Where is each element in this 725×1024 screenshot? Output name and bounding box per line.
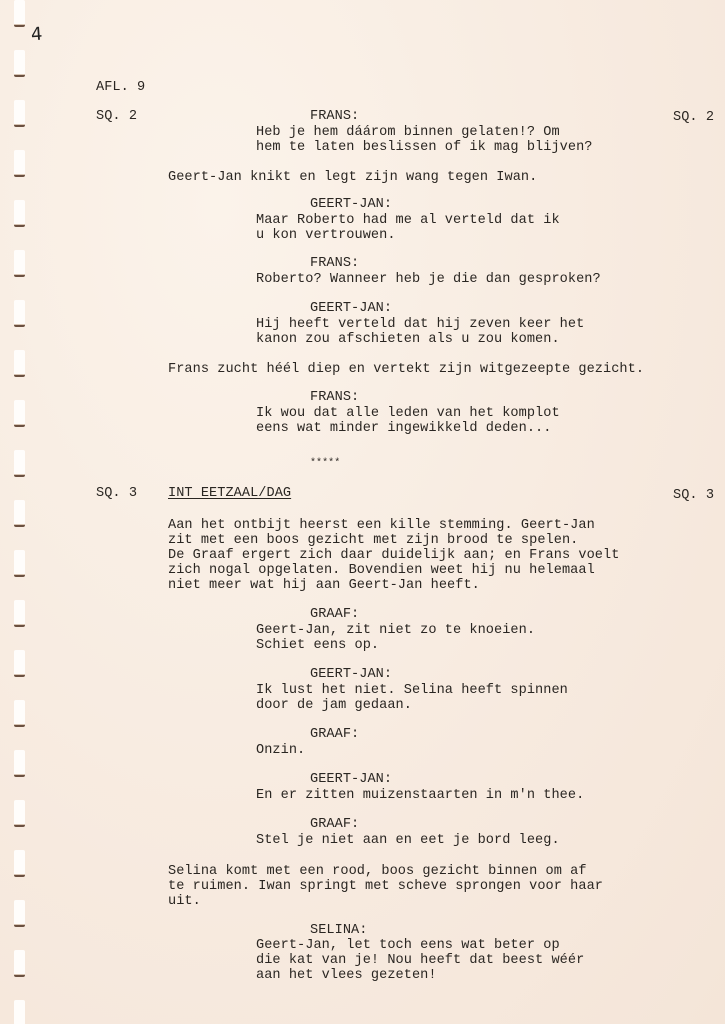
dialogue-line: Onzin. [256,743,305,758]
character-name: GRAAF: [310,727,359,742]
binder-hole [14,400,25,427]
binder-hole [14,150,25,177]
dialogue-line: Schiet eens op. [256,638,379,653]
script-page: 4 AFL. 9 SQ. 2 SQ. 2 FRANS: Heb je hem d… [0,0,725,1024]
dialogue-line: Geert-Jan, zit niet zo te knoeien. [256,623,535,638]
scene-heading: INT EETZAAL/DAG [168,486,291,501]
character-name: FRANS: [310,256,359,271]
binder-hole [14,450,25,477]
dialogue-line: eens wat minder ingewikkeld deden... [256,421,551,436]
character-name: SELINA: [310,923,367,938]
dialogue-line: kanon zou afschieten als u zou komen. [256,332,560,347]
dialogue-line: Ik wou dat alle leden van het komplot [256,406,560,421]
dialogue-line: Roberto? Wanneer heb je die dan gesproke… [256,272,601,287]
dialogue-line: Maar Roberto had me al verteld dat ik [256,213,560,228]
action-line: te ruimen. Iwan springt met scheve spron… [168,879,603,894]
binder-hole [14,550,25,577]
scene-label-left: SQ. 3 [96,486,137,501]
binder-hole [14,0,25,27]
character-name: GRAAF: [310,607,359,622]
scene-label-left: SQ. 2 [96,109,137,124]
binder-hole [14,100,25,127]
character-name: GEERT-JAN: [310,772,392,787]
dialogue-line: die kat van je! Nou heeft dat beest wéér [256,953,584,968]
action-line: zich nogal opgelaten. Bovendien weet hij… [168,563,595,578]
binder-hole [14,900,25,927]
character-name: GEERT-JAN: [310,667,392,682]
scene-label-right: SQ. 2 [673,110,714,125]
action-line: Geert-Jan knikt en legt zijn wang tegen … [168,170,537,185]
character-name: GRAAF: [310,817,359,832]
scene-label-right: SQ. 3 [673,488,714,503]
dialogue-line: door de jam gedaan. [256,698,412,713]
binder-hole [14,250,25,277]
binder-hole [14,650,25,677]
binder-hole [14,300,25,327]
action-line: zit met een boos gezicht met zijn brood … [168,533,578,548]
binder-hole [14,350,25,377]
episode-label: AFL. 9 [96,80,145,95]
binder-hole [14,200,25,227]
binder-hole [14,600,25,627]
binder-hole [14,800,25,827]
binder-hole [14,850,25,877]
binder-hole [14,1000,25,1024]
dialogue-line: Heb je hem dáárom binnen gelaten!? Om [256,125,560,140]
action-line: Frans zucht héél diep en vertekt zijn wi… [168,362,644,377]
binder-hole [14,700,25,727]
handwritten-page-number: 4 [30,24,43,46]
character-name: FRANS: [310,390,359,405]
scene-separator: ***** [310,456,340,471]
character-name: GEERT-JAN: [310,301,392,316]
binder-holes [14,0,28,1024]
character-name: GEERT-JAN: [310,197,392,212]
binder-hole [14,950,25,977]
character-name: FRANS: [310,109,359,124]
action-line: De Graaf ergert zich daar duidelijk aan;… [168,548,619,563]
binder-hole [14,750,25,777]
action-line: niet meer wat hij aan Geert-Jan heeft. [168,578,480,593]
dialogue-line: Geert-Jan, let toch eens wat beter op [256,938,560,953]
dialogue-line: aan het vlees gezeten! [256,968,437,983]
dialogue-line: Ik lust het niet. Selina heeft spinnen [256,683,568,698]
action-line: uit. [168,894,201,909]
dialogue-line: Hij heeft verteld dat hij zeven keer het [256,317,584,332]
binder-hole [14,50,25,77]
action-line: Aan het ontbijt heerst een kille stemmin… [168,518,595,533]
dialogue-line: u kon vertrouwen. [256,228,396,243]
action-line: Selina komt met een rood, boos gezicht b… [168,864,587,879]
dialogue-line: En er zitten muizenstaarten in m'n thee. [256,788,584,803]
dialogue-line: hem te laten beslissen of ik mag blijven… [256,140,593,155]
dialogue-line: Stel je niet aan en eet je bord leeg. [256,833,560,848]
binder-hole [14,500,25,527]
